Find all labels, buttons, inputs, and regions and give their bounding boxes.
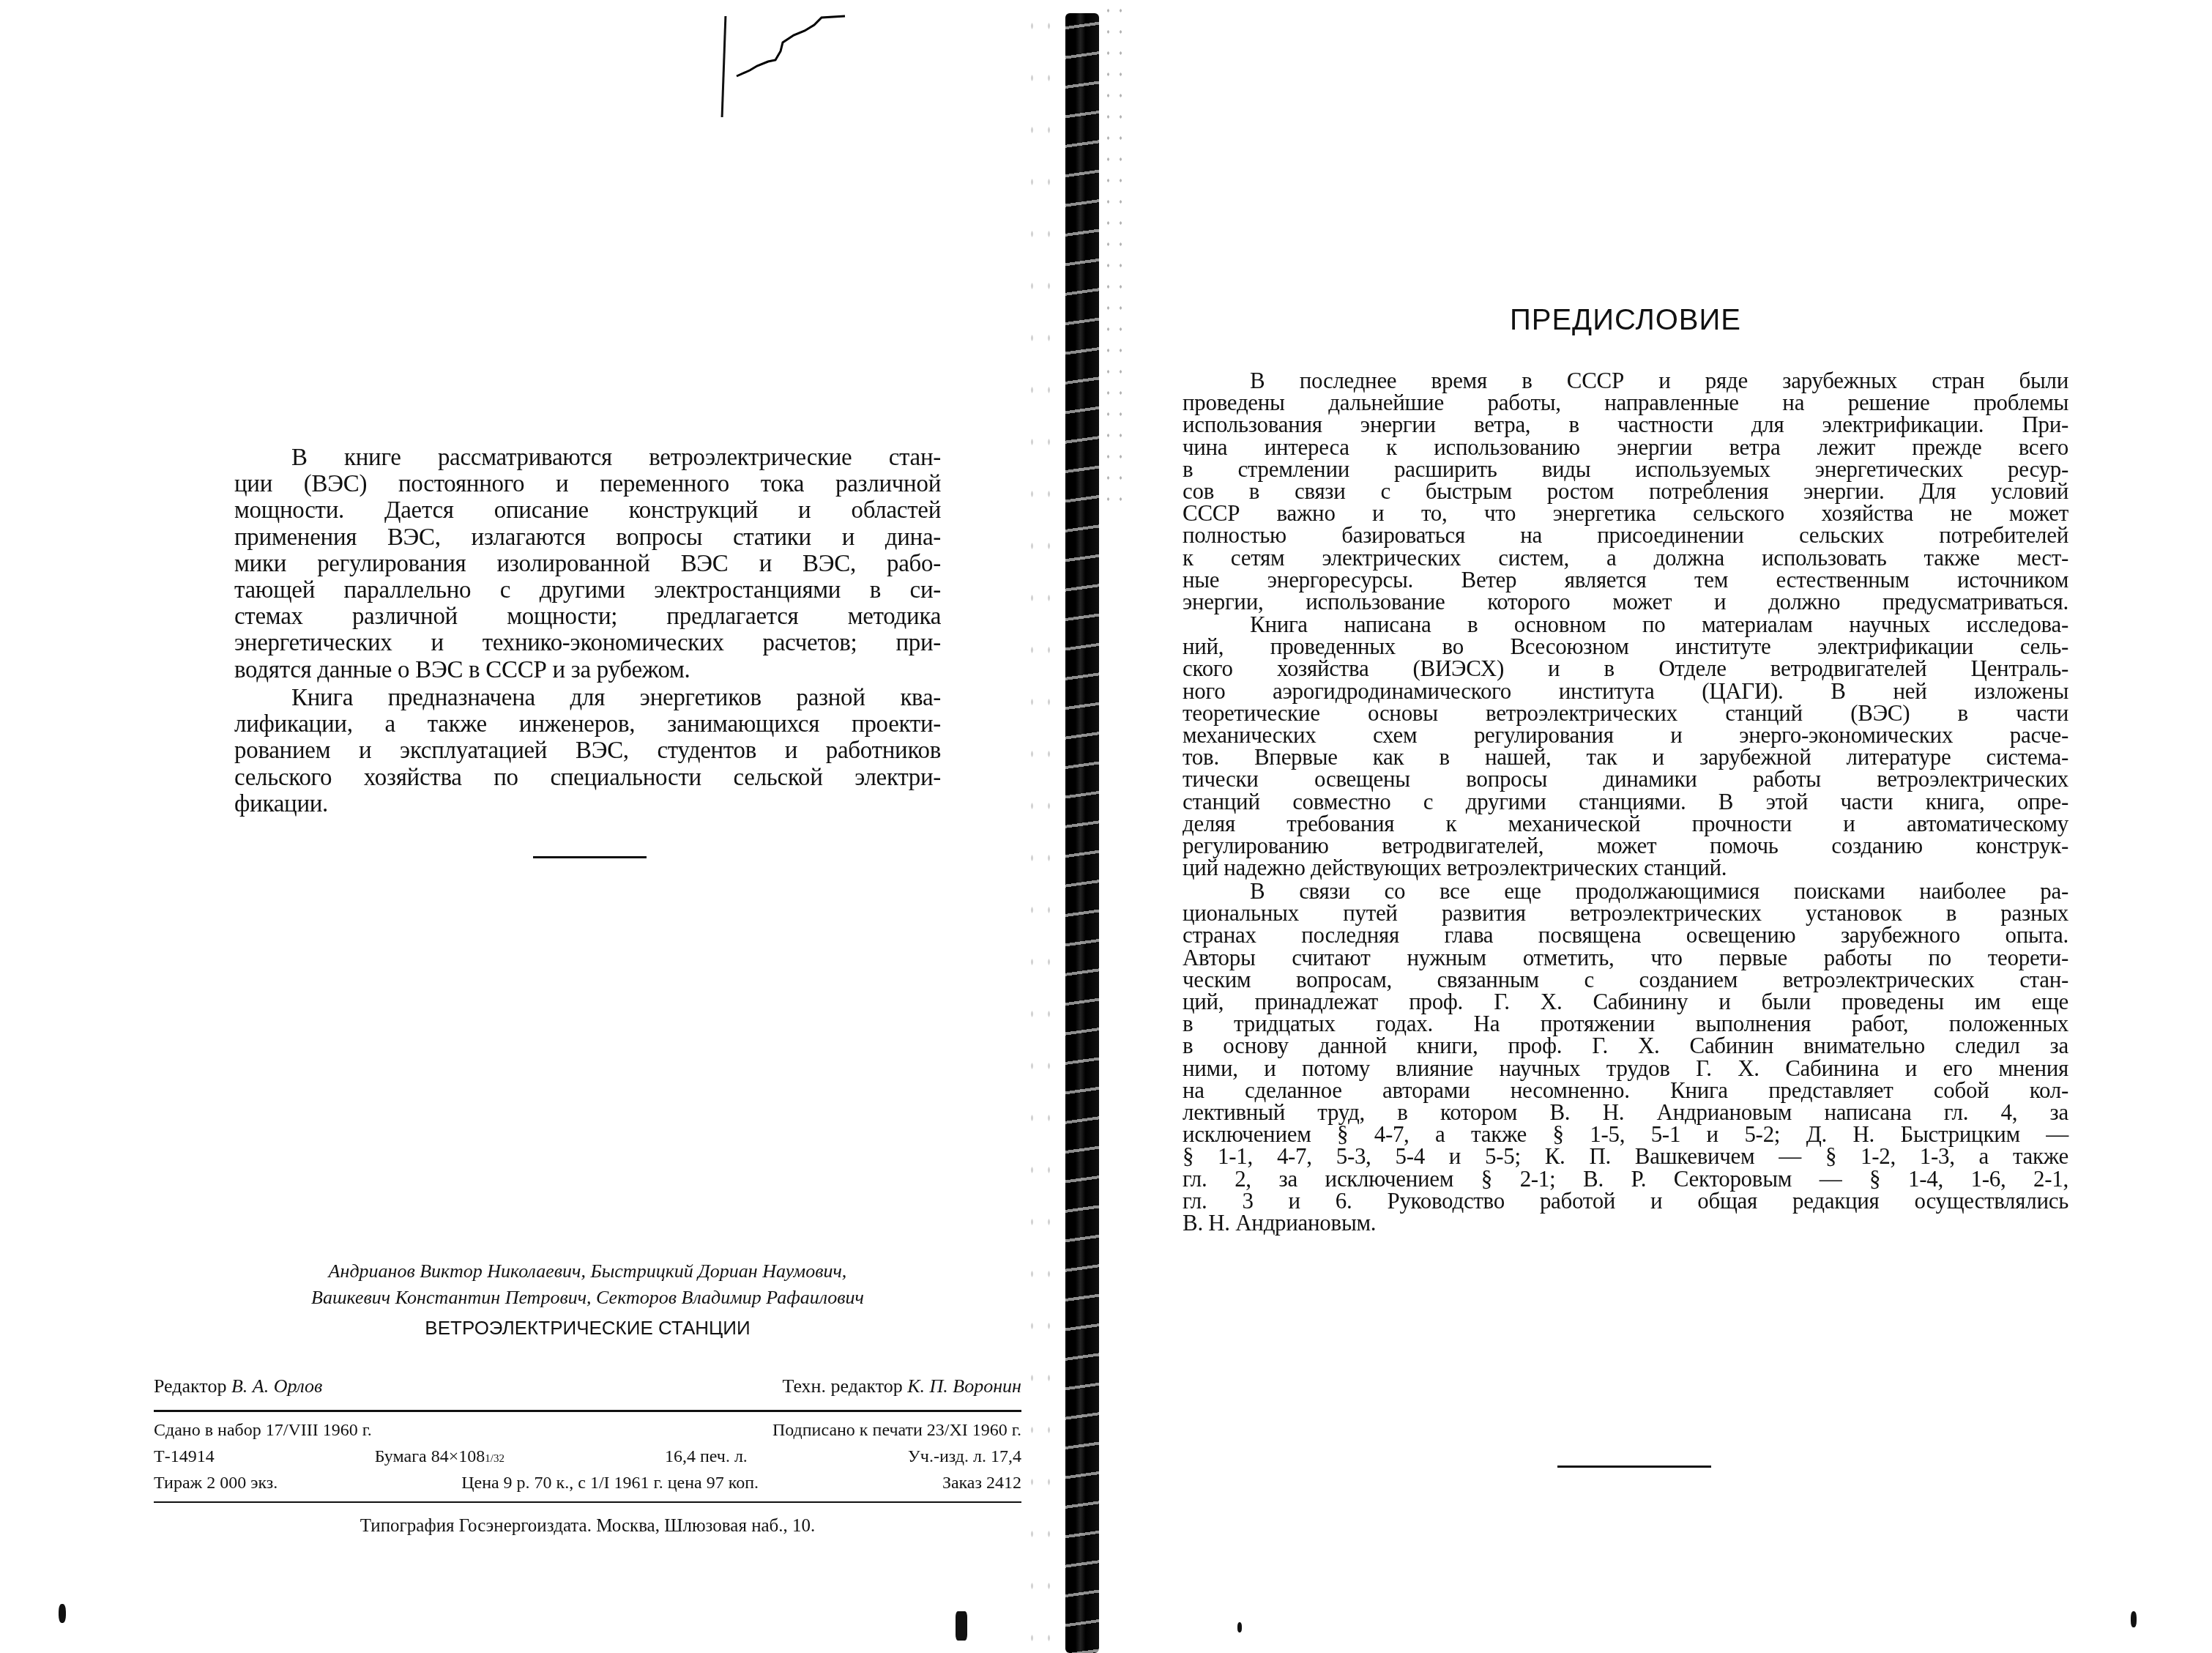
scan-speck (1237, 1622, 1242, 1632)
text-line: ные энергоресурсы. Ветер является тем ес… (1183, 569, 2068, 591)
tech-editor-label: Техн. редактор (782, 1375, 902, 1397)
text-line: гл. 2, за исключением § 2-1; В. Р. Секто… (1183, 1168, 2068, 1190)
editor: Редактор В. А. Орлов (154, 1375, 322, 1397)
gutter-noise (1024, 0, 1060, 1653)
text-line: регулированию ветродвигателей, может пом… (1183, 835, 2068, 857)
imprint-row-price: Тираж 2 000 экз. Цена 9 р. 70 к., с 1/I … (154, 1474, 1021, 1493)
text-line: энергетических и технико-экономических р… (234, 630, 941, 656)
paper-format-text: Бумага 84×108 (375, 1447, 485, 1466)
text-line: станций совместно с другими станциями. В… (1183, 791, 2068, 813)
preface-paragraph-2: Книга написана в основном по материалам … (1183, 614, 2068, 879)
text-line: полностью базироваться на присоединении … (1183, 524, 2068, 546)
order-number: Заказ 2412 (942, 1474, 1021, 1493)
text-line: сельского хозяйства по специальности сел… (234, 765, 941, 791)
imprint-rule-bottom (154, 1501, 1021, 1503)
text-line: на сделанное авторами несомненно. Книга … (1183, 1080, 2068, 1102)
end-of-preface-rule (1557, 1466, 1711, 1468)
annotation-paragraph-2: Книга предназначена для энергетиков разн… (234, 685, 941, 817)
paper-tear-mark (735, 15, 849, 81)
text-line: в тридцатых годах. На протяжении выполне… (1183, 1013, 2068, 1035)
text-line: исключением § 4-7, а также § 1-5, 5-1 и … (1183, 1123, 2068, 1145)
text-line: мощности. Дается описание конструкций и … (234, 497, 941, 524)
text-line: фикации. (234, 791, 941, 817)
imprint-row-specs: Т-14914 Бумага 84×1081/32 16,4 печ. л. У… (154, 1447, 1021, 1467)
price: Цена 9 р. 70 к., с 1/I 1961 г. цена 97 к… (461, 1474, 759, 1493)
printed-sheets: 16,4 печ. л. (665, 1447, 748, 1467)
text-line: тающей параллельно с другими электростан… (234, 577, 941, 603)
text-line: тически освещены вопросы динамики работы… (1183, 768, 2068, 790)
text-line: использования энергии ветра, в частности… (1183, 414, 2068, 436)
scan-speck (956, 1611, 967, 1641)
text-line: лективный труд, в котором В. Н. Андриано… (1183, 1102, 2068, 1123)
imprint-rule-top (154, 1410, 1021, 1412)
text-line: Книга предназначена для энергетиков разн… (234, 685, 941, 711)
text-line: ции (ВЭС) постоянного и переменного тока… (234, 471, 941, 497)
text-line: механических схем регулирования и энерго… (1183, 724, 2068, 746)
text-line: СССР важно и то, что энергетика сельског… (1183, 502, 2068, 524)
order-code: Т-14914 (154, 1447, 215, 1467)
text-line: водятся данные о ВЭС в СССР и за рубежом… (234, 657, 941, 683)
text-line: В книге рассматриваются ветроэлектрическ… (234, 445, 941, 471)
book-spine-gutter (1065, 13, 1099, 1653)
paper-format: Бумага 84×1081/32 (375, 1447, 504, 1467)
text-line: В связи со все еще продолжающимися поиск… (1183, 880, 2068, 902)
text-line: чина интереса к использованию энергии ве… (1183, 437, 2068, 458)
preface-paragraph-3: В связи со все еще продолжающимися поиск… (1183, 880, 2068, 1234)
text-line: в основу данной книги, проф. Г. Х. Сабин… (1183, 1035, 2068, 1057)
annotation-paragraph-1: В книге рассматриваются ветроэлектрическ… (234, 445, 941, 683)
text-line: ного аэрогидродинамического института (Ц… (1183, 680, 2068, 702)
authors-list: Андрианов Виктор Николаевич, Быстрицкий … (154, 1258, 1021, 1311)
text-line: деляя требования к механической прочност… (1183, 813, 2068, 835)
authors-line: Вашкевич Константин Петрович, Секторов В… (154, 1285, 1021, 1311)
text-line: Книга написана в основном по материалам … (1183, 614, 2068, 636)
text-line: гл. 3 и 6. Руководство работой и общая р… (1183, 1190, 2068, 1212)
text-line: § 1-1, 4-7, 5-3, 5-4 и 5-5; К. П. Вашкев… (1183, 1145, 2068, 1167)
tech-editor-name: К. П. Воронин (907, 1375, 1021, 1397)
text-line: энергии, использование которого может и … (1183, 591, 2068, 613)
text-line: сов в связи с быстрым ростом потребления… (1183, 480, 2068, 502)
text-line: ческим вопросам, связанным с созданием в… (1183, 969, 2068, 991)
editor-name: В. А. Орлов (231, 1375, 323, 1397)
text-line: В. Н. Андриановым. (1183, 1212, 2068, 1234)
signed-date: Подписано к печати 23/XI 1960 г. (772, 1421, 1021, 1441)
text-line: проведены дальнейшие работы, направленны… (1183, 392, 2068, 414)
book-spread: В книге рассматриваются ветроэлектрическ… (0, 0, 2212, 1653)
text-line: странах последняя глава посвящена освеще… (1183, 924, 2068, 946)
print-run: Тираж 2 000 экз. (154, 1474, 278, 1493)
text-line: в стремлении расширить виды используемых… (1183, 458, 2068, 480)
scan-speck (2131, 1611, 2137, 1627)
editor-label: Редактор (154, 1375, 226, 1397)
left-page (0, 0, 1065, 1653)
book-title: ВЕТРОЭЛЕКТРИЧЕСКИЕ СТАНЦИИ (154, 1317, 1021, 1340)
preface-heading: ПРЕДИСЛОВИЕ (1183, 304, 2068, 337)
printing-house: Типография Госэнергоиздата. Москва, Шлюз… (154, 1516, 1021, 1537)
scan-speck (59, 1604, 66, 1623)
text-line: циональных путей развития ветроэлектриче… (1183, 902, 2068, 924)
preface-paragraph-1: В последнее время в СССР и ряде зарубежн… (1183, 370, 2068, 613)
text-line: мики регулирования изолированной ВЭС и В… (234, 551, 941, 577)
text-line: ского хозяйства (ВИЭСХ) и в Отделе ветро… (1183, 658, 2068, 680)
section-divider-rule (533, 856, 647, 858)
text-line: теоретические основы ветроэлектрических … (1183, 702, 2068, 724)
paper-format-fraction: 1/32 (485, 1453, 504, 1465)
text-line: ними, и потому влияние научных трудов Г.… (1183, 1058, 2068, 1080)
tech-editor: Техн. редактор К. П. Воронин (782, 1375, 1021, 1397)
text-line: применения ВЭС, излагаются вопросы стати… (234, 524, 941, 551)
text-line: Авторы считают нужным отметить, что перв… (1183, 947, 2068, 969)
text-line: В последнее время в СССР и ряде зарубежн… (1183, 370, 2068, 392)
text-line: ций, принадлежат проф. Г. Х. Сабинину и … (1183, 991, 2068, 1013)
text-line: стемах различной мощности; предлагается … (234, 603, 941, 630)
imprint-row-dates: Сдано в набор 17/VIII 1960 г. Подписано … (154, 1421, 1021, 1441)
text-line: рованием и эксплуатацией ВЭС, студентов … (234, 738, 941, 764)
text-line: ций надежно действующих ветроэлектрическ… (1183, 857, 2068, 879)
text-line: к сетям электрических систем, а должна и… (1183, 547, 2068, 569)
text-line: ний, проведенных во Всесоюзном институте… (1183, 636, 2068, 658)
text-line: лификации, а также инженеров, занимающих… (234, 711, 941, 738)
editors-line: Редактор В. А. Орлов Техн. редактор К. П… (154, 1375, 1021, 1397)
typeset-date: Сдано в набор 17/VIII 1960 г. (154, 1421, 372, 1441)
publisher-sheets: Уч.-изд. л. 17,4 (908, 1447, 1021, 1467)
authors-line: Андрианов Виктор Николаевич, Быстрицкий … (154, 1258, 1021, 1285)
text-line: тов. Впервые как в нашей, так и зарубежн… (1183, 746, 2068, 768)
